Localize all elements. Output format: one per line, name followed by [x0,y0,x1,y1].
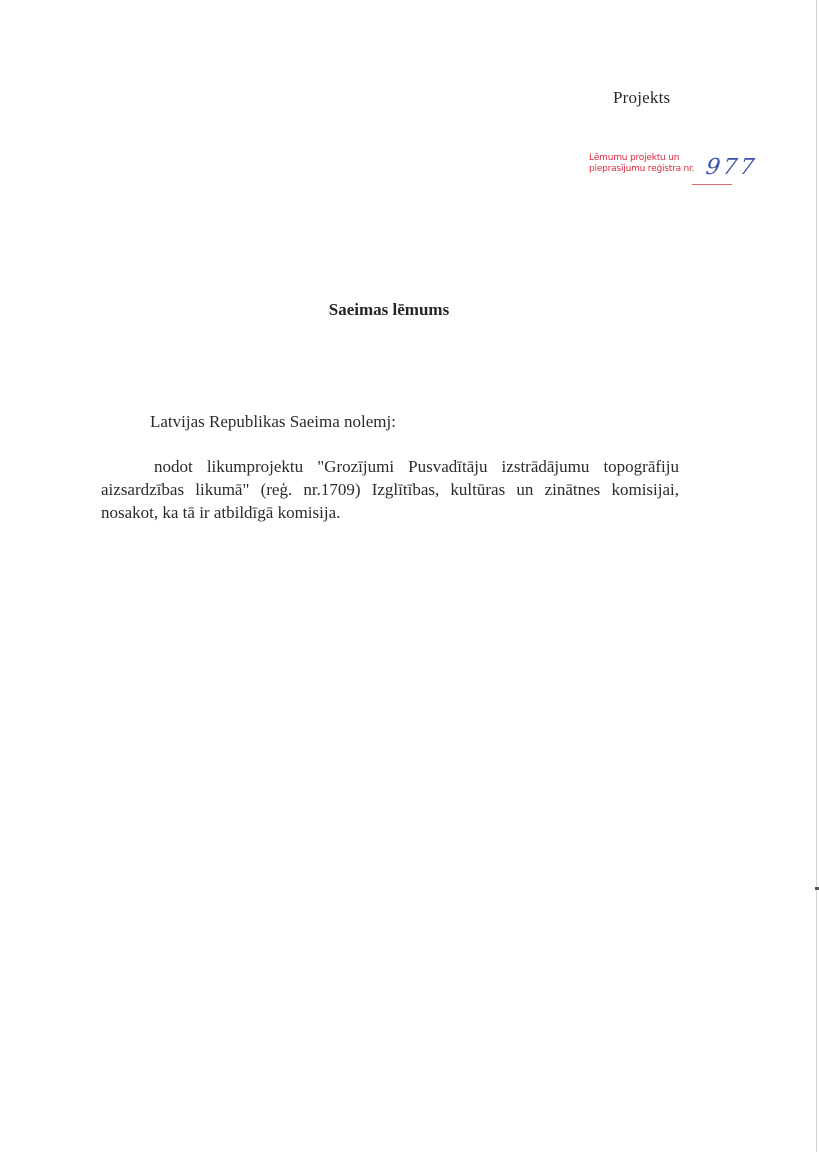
scan-edge-mark [815,887,819,890]
decision-paragraph: nodot likumprojektu "Grozījumi Pusvadītā… [101,455,679,524]
document-title: Saeimas lēmums [0,300,778,320]
handwritten-registry-number: 977 [704,155,759,180]
scan-edge-line [816,0,817,1152]
intro-statement: Latvijas Republikas Saeima nolemj: [150,412,396,432]
document-page: Projekts Lēmumu projektu un pieprasījumu… [0,0,819,1152]
registry-number-underline [692,184,732,185]
project-label: Projekts [613,88,670,108]
